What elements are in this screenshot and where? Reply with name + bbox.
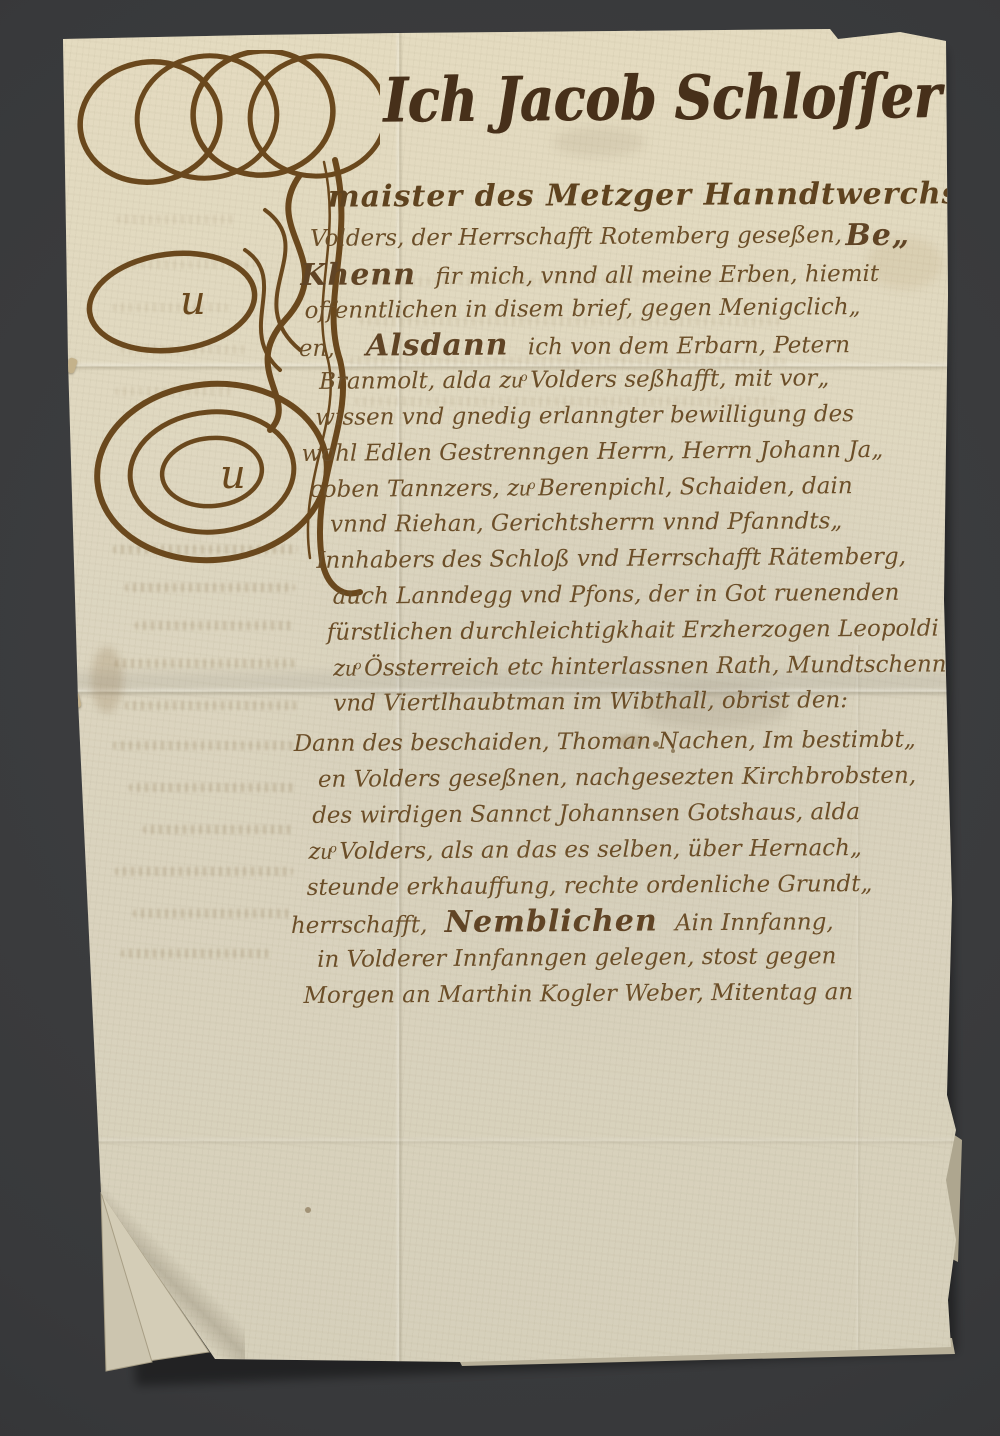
manuscript-line: Morgen an Marthin Kogler Weber, Mitentag… (303, 974, 926, 1014)
line-text: Ain Innfanng, (675, 909, 834, 936)
line-text: herrschafft, (291, 912, 428, 939)
line-text-large: Nemblichen (445, 904, 658, 940)
manuscript-paper-sheet: u u Ich Jacob Schloſſer maister des Metz… (55, 25, 960, 1385)
flourish-letter-u: u (180, 278, 206, 324)
manuscript-line: en Volders geseßnen, nachgesezten Kirchb… (318, 758, 925, 798)
horizontal-fold-crease (55, 1137, 960, 1145)
line-text-large: Be„ (845, 218, 910, 254)
manuscript-line: Innhabers des Schloß vnd Herrschafft Rät… (316, 540, 923, 580)
speck (305, 1207, 311, 1213)
ghost-mark (143, 825, 295, 834)
manuscript-line: herrschafft, Nemblichen Ain Innfanng, (291, 902, 926, 942)
line-text: Volders, der Herrschafft Rotemberg geseß… (310, 218, 842, 258)
ghost-mark (129, 783, 297, 792)
manuscript-line: Branmolt, alda zuͦ Volders seßhafft, mit… (319, 361, 922, 401)
manuscript-line: Khenn fir mich, vnnd all meine Erben, hi… (300, 253, 921, 293)
ghost-mark (125, 701, 297, 710)
manuscript-line: zuͦ Össterreich etc hinterlassnen Rath, … (333, 647, 924, 687)
manuscript-body: Volders, der Herrschafft Rotemberg geseß… (296, 218, 927, 1015)
paragraph-1: Volders, der Herrschafft Rotemberg geseß… (296, 218, 924, 724)
manuscript-line: coben Tannzers, zuͦ Berenpichl, Schaiden… (310, 468, 923, 508)
manuscript-photograph: u u Ich Jacob Schloſſer maister des Metz… (0, 0, 1000, 1436)
ghost-mark (115, 659, 295, 668)
manuscript-line: auch Lanndegg vnd Pfons, der in Got ruen… (332, 576, 923, 616)
manuscript-line: wissen vnd gnedig erlanngter bewilligung… (315, 397, 922, 437)
manuscript-line: fürstlichen durchleichtigkhait Erzherzog… (327, 611, 924, 651)
manuscript-line: steunde erkhauffung, rechte ordenliche G… (307, 866, 926, 906)
ghost-mark (113, 741, 299, 750)
manuscript-line: wohl Edlen Gestrenngen Herrn, Herrn Joha… (301, 432, 922, 472)
line-text: ich von dem Erbarn, Petern (528, 333, 850, 361)
manuscript-line: vnd Viertlhaubtman im Wibthall, obrist d… (333, 683, 924, 723)
stain (91, 647, 123, 713)
line-text-large: Khenn (300, 257, 416, 293)
manuscript-subtitle: maister des Metzger Hanndtwerchs zuͦ (328, 176, 948, 214)
ghost-mark (115, 867, 293, 876)
manuscript-line: des wirdigen Sannct Johannsen Gotshaus, … (312, 794, 925, 834)
manuscript-line: en, Alsdann ich von dem Erbarn, Petern (299, 325, 922, 365)
ghost-mark (121, 949, 271, 958)
flourish-letter-u: u (220, 452, 246, 498)
manuscript-line: offenntlichen in disem brief, gegen Meni… (304, 289, 921, 329)
manuscript-line: Dann des beschaiden, Thoman Nachen, Im b… (294, 722, 925, 762)
manuscript-line: Volders, der Herrschafft Rotemberg geseß… (310, 218, 910, 258)
manuscript-line: in Volderer Innfanngen gelegen, stost ge… (317, 938, 926, 978)
line-text: fir mich, vnnd all meine Erben, hiemit (435, 261, 879, 290)
line-text-large: Alsdann (366, 328, 509, 364)
ghost-mark (133, 909, 293, 918)
manuscript-line: zuͦ Volders, als an das es selben, über … (308, 830, 925, 870)
manuscript-line: vnnd Riehan, Gerichtsherrn vnnd Pfanndts… (330, 504, 923, 544)
line-text: en, (299, 336, 335, 362)
paragraph-2: Dann des beschaiden, Thoman Nachen, Im b… (300, 722, 927, 1014)
